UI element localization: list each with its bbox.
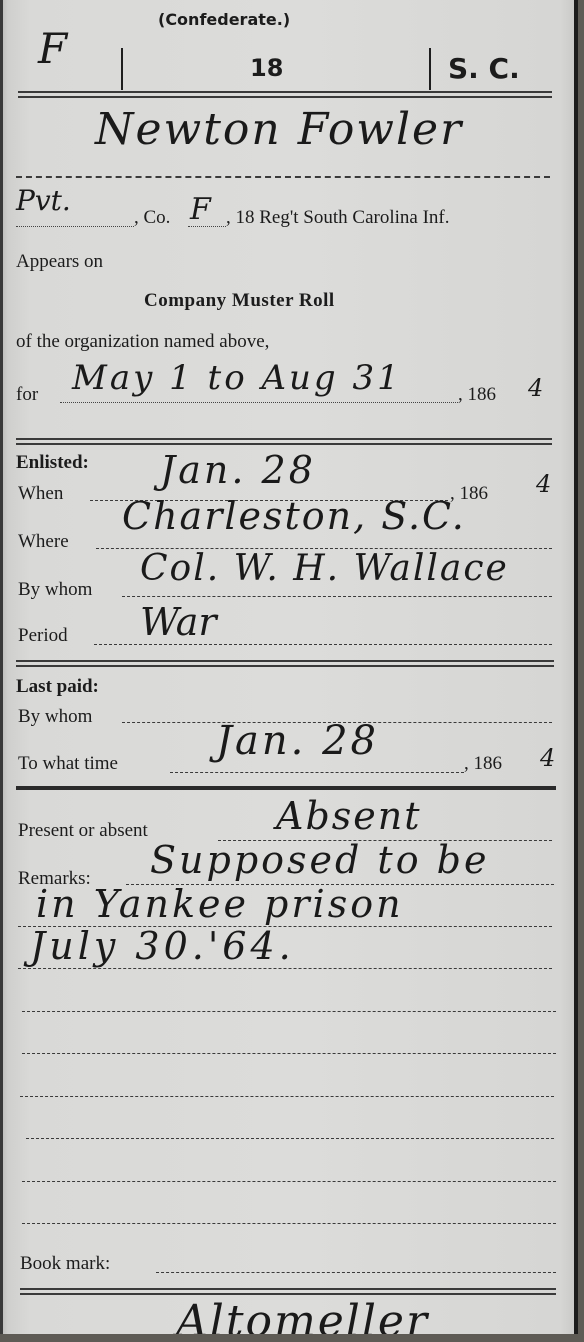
company-label: , Co. <box>134 207 170 229</box>
book-mark-label: Book mark: <box>20 1253 110 1275</box>
enlisted-heading: Enlisted: <box>16 452 89 474</box>
enlisted-period-value: War <box>140 600 217 644</box>
roll-rule <box>16 438 552 445</box>
roll-year-prefix: , 186 <box>458 384 496 406</box>
roll-type: Company Muster Roll <box>144 290 335 312</box>
enlisted-period-label: Period <box>18 625 68 647</box>
regiment-number: 18 <box>250 54 283 82</box>
enlisted-when-value: Jan. 28 <box>160 448 316 492</box>
last-paid-heading: Last paid: <box>16 676 99 698</box>
org-line: of the organization named above, <box>16 331 269 353</box>
blank-rule-6 <box>22 1223 556 1224</box>
to-what-time-value: Jan. 28 <box>216 718 379 764</box>
roll-period: May 1 to Aug 31 <box>72 358 402 398</box>
card-left-edge <box>0 0 3 1334</box>
state-abbr: S. C. <box>448 52 520 85</box>
to-what-time-line <box>170 772 464 773</box>
for-label: for <box>16 384 38 406</box>
soldier-name: Newton Fowler <box>95 104 463 155</box>
last-paid-rule <box>16 786 556 790</box>
header-divider-right <box>429 48 431 90</box>
present-or-absent-label: Present or absent <box>18 820 148 842</box>
signature: Altomeller <box>176 1296 429 1334</box>
blank-rule-3 <box>20 1096 554 1097</box>
rank-line <box>16 226 134 227</box>
enlisted-where-value: Charleston, S.C. <box>122 494 466 538</box>
enlisted-period-line <box>94 644 552 645</box>
enlisted-where-label: Where <box>18 531 69 553</box>
enlisted-by-whom-value: Col. W. H. Wallace <box>140 548 509 589</box>
present-or-absent-value: Absent <box>276 794 422 838</box>
remarks-rule-3 <box>18 968 552 969</box>
enlisted-by-whom-line <box>122 596 552 597</box>
blank-rule-2 <box>22 1053 556 1054</box>
enlisted-by-whom-label: By whom <box>18 579 92 601</box>
header-rule <box>18 91 552 98</box>
to-what-time-year-suffix: 4 <box>540 744 555 772</box>
company-letter-header: F <box>38 24 67 73</box>
blank-rule-4 <box>26 1138 554 1139</box>
roll-period-line <box>60 402 458 403</box>
header-divider-left <box>121 48 123 90</box>
blank-rule-5 <box>22 1181 556 1182</box>
remarks-line-1: Supposed to be <box>150 838 489 882</box>
rank: Pvt. <box>16 184 71 217</box>
blank-rule-1 <box>22 1011 556 1012</box>
appears-on: Appears on <box>16 251 103 273</box>
book-mark-line <box>156 1272 556 1273</box>
name-line <box>16 176 550 178</box>
remarks-line-3: July 30.'64. <box>30 924 295 968</box>
unit-line: , 18 Reg't South Carolina Inf. <box>226 207 449 229</box>
enlisted-when-label: When <box>18 483 63 505</box>
to-what-time-label: To what time <box>18 753 118 775</box>
enlisted-year-suffix: 4 <box>536 470 551 498</box>
company-letter: F <box>190 192 211 227</box>
book-mark-rule <box>20 1288 556 1295</box>
roll-year-suffix: 4 <box>528 374 543 402</box>
card-right-edge <box>574 0 578 1334</box>
muster-roll-card: F (Confederate.) 18 S. C. Newton Fowler … <box>0 0 578 1334</box>
to-what-time-year-prefix: , 186 <box>464 753 502 775</box>
last-paid-by-whom-label: By whom <box>18 706 92 728</box>
enlisted-rule <box>16 660 554 667</box>
remarks-line-2: in Yankee prison <box>36 882 404 926</box>
confederate-label: (Confederate.) <box>158 10 290 29</box>
company-line <box>188 226 226 227</box>
